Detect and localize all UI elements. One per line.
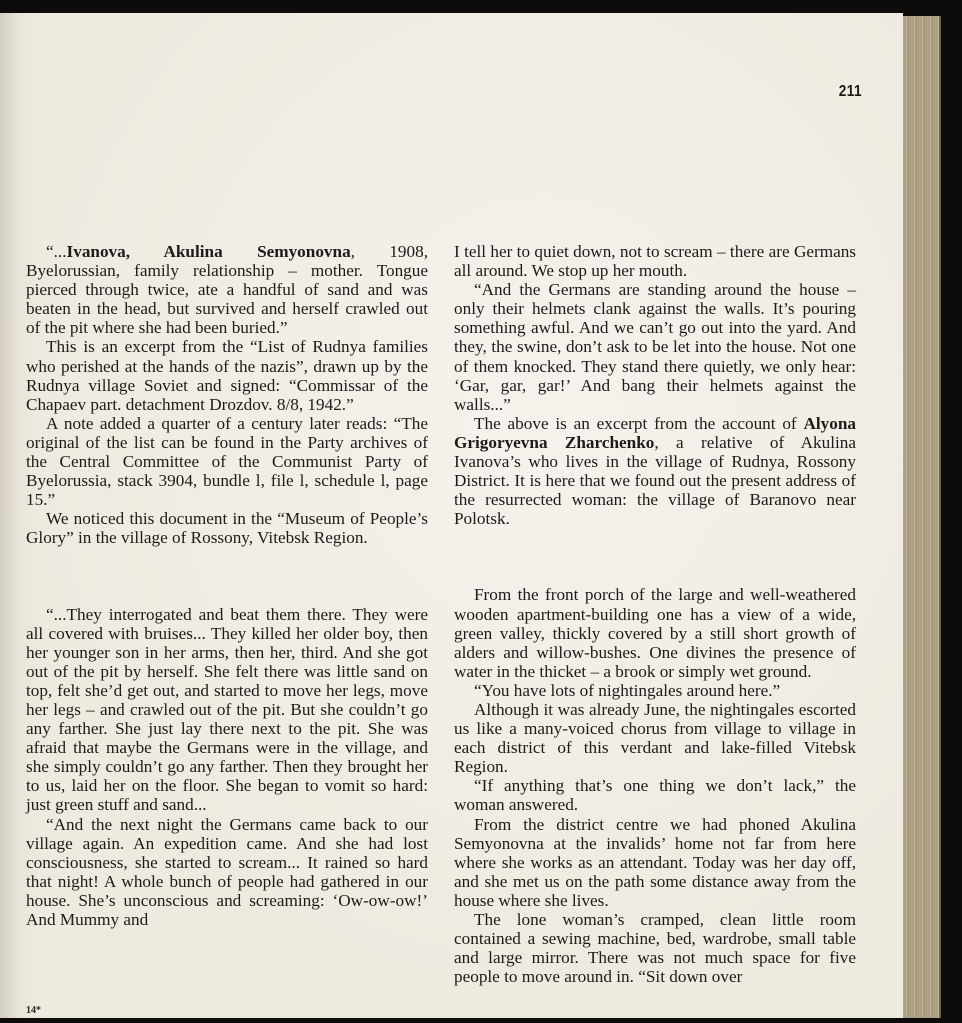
paragraph-continuation: I tell her to quiet down, not to scream … <box>454 242 856 280</box>
quote-lead: “... <box>46 242 67 261</box>
book-page-edges <box>903 16 941 1018</box>
signature-mark: 14* <box>26 1005 41 1016</box>
paragraph-june: Although it was already June, the nighti… <box>454 700 856 776</box>
bold-name-ivanova: Ivanova, Akulina Semyonovna <box>67 242 351 261</box>
paragraph-nightingales-quote: “You have lots of nightingales around he… <box>454 681 856 700</box>
account-lead: The above is an excerpt from the account… <box>474 414 803 433</box>
page-number: 211 <box>826 83 862 101</box>
paragraph-room: The lone woman’s cramped, clean little r… <box>454 910 856 986</box>
paragraph-excerpt-source: This is an excerpt from the “List of Rud… <box>26 337 428 413</box>
paragraph-front-porch: From the front porch of the large and we… <box>454 585 856 680</box>
paragraph-woman-answer: “If anything that’s one thing we don’t l… <box>454 776 856 814</box>
paragraph-account-source: The above is an excerpt from the account… <box>454 414 856 529</box>
paragraph-helmets: “And the Germans are standing around the… <box>454 280 856 414</box>
paragraph-testimony-1: “...They interrogated and beat them ther… <box>26 605 428 815</box>
paragraph-museum: We noticed this document in the “Museum … <box>26 509 428 547</box>
paragraph-phoned: From the district centre we had phoned A… <box>454 815 856 910</box>
right-column: I tell her to quiet down, not to scream … <box>454 242 856 986</box>
paragraph-archive-note: A note added a quarter of a century late… <box>26 414 428 509</box>
paragraph-list-entry: “...Ivanova, Akulina Semyonovna, 1908, B… <box>26 242 428 337</box>
left-column: “...Ivanova, Akulina Semyonovna, 1908, B… <box>26 242 428 929</box>
book-page: 211 “...Ivanova, Akulina Semyonovna, 190… <box>0 13 903 1018</box>
paragraph-testimony-2: “And the next night the Germans came bac… <box>26 815 428 930</box>
